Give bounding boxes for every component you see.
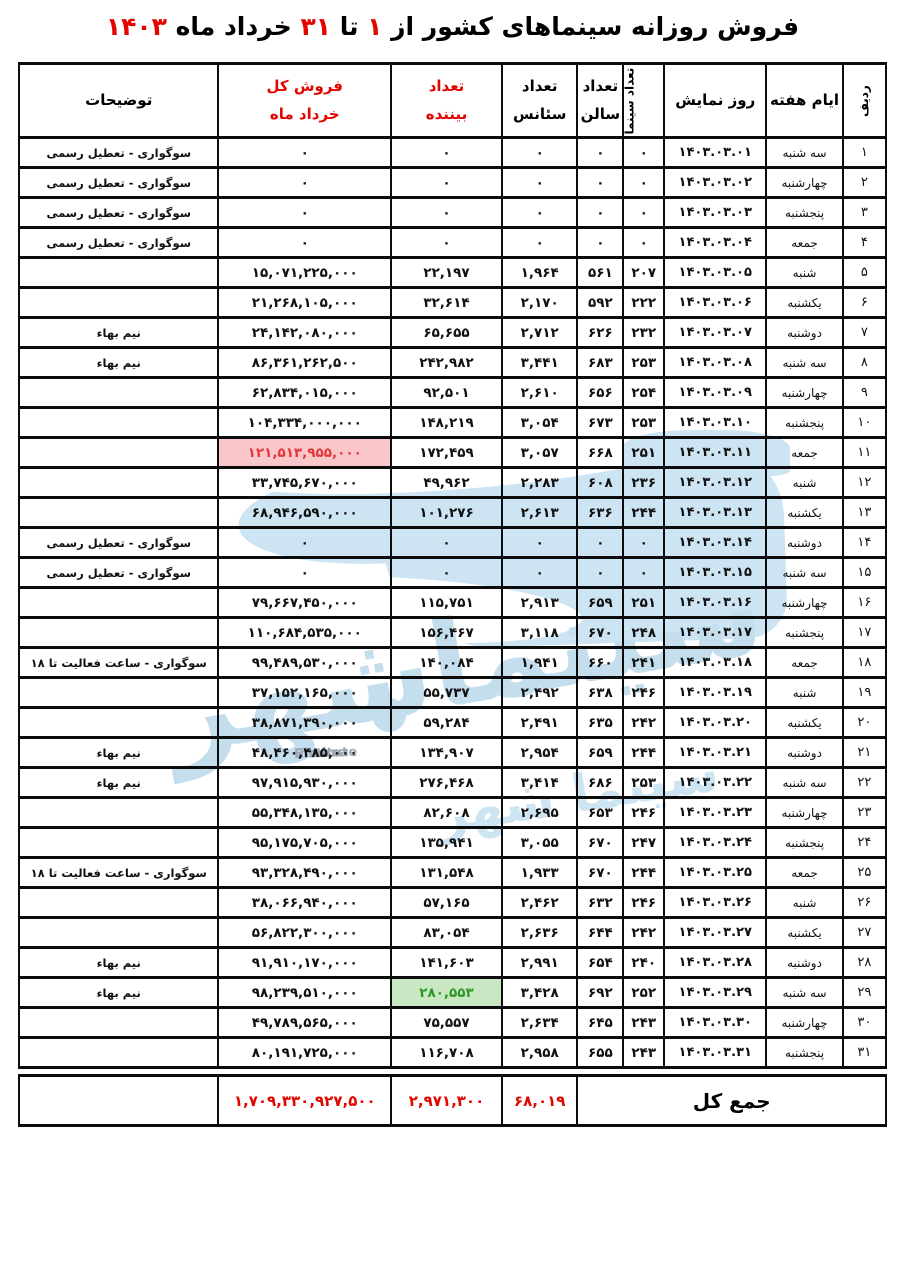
- cell-total-sales: ۴۹,۷۸۹,۵۶۵,۰۰۰: [218, 1008, 391, 1038]
- cell-cinema-count: ۲۳۲: [623, 318, 664, 348]
- cell-show-date: ۱۴۰۳.۰۳.۰۲: [664, 168, 766, 198]
- cell-row-number: ۲۵: [843, 858, 886, 888]
- cell-hall-count: ۶۴۴: [577, 918, 623, 948]
- table-row: ۱۴دوشنبه۱۴۰۳.۰۳.۱۴۰۰۰۰۰سوگواری - تعطیل ر…: [19, 528, 886, 558]
- cell-row-number: ۱۶: [843, 588, 886, 618]
- cell-viewer-count: ۲۲,۱۹۷: [391, 258, 502, 288]
- cell-notes: [19, 288, 218, 318]
- cell-session-count: ۰: [502, 138, 577, 168]
- cell-viewer-count: ۱۷۲,۴۵۹: [391, 438, 502, 468]
- cell-session-count: ۱,۹۳۳: [502, 858, 577, 888]
- table-row: ۳۰چهارشنبه۱۴۰۳.۰۳.۳۰۲۴۳۶۴۵۲,۶۳۴۷۵,۵۵۷۴۹,…: [19, 1008, 886, 1038]
- cell-notes: نیم بهاء: [19, 318, 218, 348]
- table-row: ۹چهارشنبه۱۴۰۳.۰۳.۰۹۲۵۴۶۵۶۲,۶۱۰۹۲,۵۰۱۶۲,۸…: [19, 378, 886, 408]
- cell-viewer-count: ۶۵,۶۵۵: [391, 318, 502, 348]
- table-row: ۲۳چهارشنبه۱۴۰۳.۰۳.۲۳۲۴۶۶۵۳۲,۶۹۵۸۲,۶۰۸۵۵,…: [19, 798, 886, 828]
- cell-row-number: ۱۴: [843, 528, 886, 558]
- cell-row-number: ۱: [843, 138, 886, 168]
- cell-show-date: ۱۴۰۳.۰۳.۲۴: [664, 828, 766, 858]
- cell-total-sales: ۰: [218, 528, 391, 558]
- cell-viewer-count: ۰: [391, 558, 502, 588]
- cell-notes: نیم بهاء: [19, 348, 218, 378]
- col-header-total-sales: فروش کل خرداد ماه: [218, 64, 391, 138]
- col-header-weekday: ایام هفته: [766, 64, 842, 138]
- cell-show-date: ۱۴۰۳.۰۳.۰۸: [664, 348, 766, 378]
- cell-weekday: جمعه: [766, 228, 842, 258]
- cell-viewer-count: ۱۴۸,۲۱۹: [391, 408, 502, 438]
- cell-weekday: شنبه: [766, 468, 842, 498]
- cell-notes: سوگواری - تعطیل رسمی: [19, 168, 218, 198]
- cell-notes: [19, 828, 218, 858]
- cell-row-number: ۲۷: [843, 918, 886, 948]
- title-text: خرداد ماه: [167, 12, 301, 41]
- cell-show-date: ۱۴۰۳.۰۳.۱۶: [664, 588, 766, 618]
- cell-row-number: ۲۱: [843, 738, 886, 768]
- grand-total-label: جمع کل: [577, 1076, 886, 1126]
- cell-session-count: ۰: [502, 528, 577, 558]
- cell-row-number: ۱۵: [843, 558, 886, 588]
- cell-session-count: ۲,۷۱۲: [502, 318, 577, 348]
- cell-weekday: چهارشنبه: [766, 1008, 842, 1038]
- cell-notes: [19, 438, 218, 468]
- cell-hall-count: ۶۴۵: [577, 1008, 623, 1038]
- cell-weekday: یکشنبه: [766, 708, 842, 738]
- cell-show-date: ۱۴۰۳.۰۳.۲۵: [664, 858, 766, 888]
- cell-total-sales: ۶۸,۹۴۶,۵۹۰,۰۰۰: [218, 498, 391, 528]
- cell-show-date: ۱۴۰۳.۰۳.۲۸: [664, 948, 766, 978]
- cell-session-count: ۰: [502, 228, 577, 258]
- cell-total-sales: ۱۵,۰۷۱,۲۲۵,۰۰۰: [218, 258, 391, 288]
- sales-table: ردیف ایام هفته روز نمایش تعداد سینما تعد…: [18, 62, 887, 1069]
- cell-weekday: چهارشنبه: [766, 168, 842, 198]
- cell-hall-count: ۵۹۲: [577, 288, 623, 318]
- cell-session-count: ۲,۹۵۴: [502, 738, 577, 768]
- cell-hall-count: ۶۶۰: [577, 648, 623, 678]
- cell-session-count: ۲,۶۳۶: [502, 918, 577, 948]
- cell-notes: [19, 588, 218, 618]
- table-row: ۲۸دوشنبه۱۴۰۳.۰۳.۲۸۲۴۰۶۵۴۲,۹۹۱۱۴۱,۶۰۳۹۱,۹…: [19, 948, 886, 978]
- table-row: ۱۹شنبه۱۴۰۳.۰۳.۱۹۲۴۶۶۳۸۲,۴۹۲۵۵,۷۳۷۳۷,۱۵۲,…: [19, 678, 886, 708]
- cell-notes: [19, 378, 218, 408]
- totals-row: جمع کل ۶۸,۰۱۹ ۲,۹۷۱,۳۰۰ ۱,۷۰۹,۳۳۰,۹۲۷,۵۰…: [19, 1076, 886, 1126]
- cell-hall-count: ۶۶۸: [577, 438, 623, 468]
- cell-session-count: ۱,۹۴۱: [502, 648, 577, 678]
- cell-session-count: ۲,۶۳۴: [502, 1008, 577, 1038]
- cell-show-date: ۱۴۰۳.۰۳.۲۹: [664, 978, 766, 1008]
- cell-weekday: پنجشنبه: [766, 1038, 842, 1068]
- cell-notes: نیم بهاء: [19, 978, 218, 1008]
- cell-cinema-count: ۰: [623, 558, 664, 588]
- cell-show-date: ۱۴۰۳.۰۳.۰۳: [664, 198, 766, 228]
- cell-viewer-count: ۲۴۲,۹۸۲: [391, 348, 502, 378]
- cell-notes: نیم بهاء: [19, 948, 218, 978]
- cell-session-count: ۲,۱۷۰: [502, 288, 577, 318]
- cell-cinema-count: ۲۴۸: [623, 618, 664, 648]
- table-row: ۶یکشنبه۱۴۰۳.۰۳.۰۶۲۲۲۵۹۲۲,۱۷۰۳۲,۶۱۴۲۱,۲۶۸…: [19, 288, 886, 318]
- cell-hall-count: ۰: [577, 198, 623, 228]
- cell-session-count: ۲,۲۸۳: [502, 468, 577, 498]
- cell-session-count: ۳,۱۱۸: [502, 618, 577, 648]
- cell-total-sales: ۴۸,۴۶۰,۴۸۵,۰۰۰: [218, 738, 391, 768]
- cell-weekday: چهارشنبه: [766, 798, 842, 828]
- cell-hall-count: ۵۶۱: [577, 258, 623, 288]
- cell-viewer-count: ۱۳۵,۹۴۱: [391, 828, 502, 858]
- cell-weekday: سه شنبه: [766, 978, 842, 1008]
- cell-viewer-count: ۴۹,۹۶۲: [391, 468, 502, 498]
- cell-show-date: ۱۴۰۳.۰۳.۰۱: [664, 138, 766, 168]
- table-row: ۲۹سه شنبه۱۴۰۳.۰۳.۲۹۲۵۲۶۹۲۳,۴۲۸۲۸۰,۵۵۳۹۸,…: [19, 978, 886, 1008]
- cell-weekday: جمعه: [766, 438, 842, 468]
- title-number: ۳۱: [300, 12, 331, 41]
- cell-hall-count: ۶۵۴: [577, 948, 623, 978]
- header-row: ردیف ایام هفته روز نمایش تعداد سینما تعد…: [19, 64, 886, 138]
- cell-total-sales: ۸۶,۳۶۱,۲۶۲,۵۰۰: [218, 348, 391, 378]
- cell-viewer-count: ۰: [391, 138, 502, 168]
- cell-viewer-count: ۰: [391, 228, 502, 258]
- cell-total-sales: ۰: [218, 168, 391, 198]
- cell-session-count: ۳,۴۲۸: [502, 978, 577, 1008]
- col-header-viewer-count: تعداد بیننده: [391, 64, 502, 138]
- table-row: ۵شنبه۱۴۰۳.۰۳.۰۵۲۰۷۵۶۱۱,۹۶۴۲۲,۱۹۷۱۵,۰۷۱,۲…: [19, 258, 886, 288]
- col-header-cinema-count: تعداد سینما: [623, 64, 664, 138]
- cell-row-number: ۶: [843, 288, 886, 318]
- cell-total-sales: ۹۱,۹۱۰,۱۷۰,۰۰۰: [218, 948, 391, 978]
- cell-show-date: ۱۴۰۳.۰۳.۲۱: [664, 738, 766, 768]
- col-header-notes: توضیحات: [19, 64, 218, 138]
- cell-show-date: ۱۴۰۳.۰۳.۰۹: [664, 378, 766, 408]
- cell-weekday: سه شنبه: [766, 768, 842, 798]
- cell-session-count: ۳,۰۵۷: [502, 438, 577, 468]
- cell-cinema-count: ۲۴۶: [623, 888, 664, 918]
- cell-row-number: ۱۰: [843, 408, 886, 438]
- cell-session-count: ۲,۶۱۳: [502, 498, 577, 528]
- table-row: ۲۲سه شنبه۱۴۰۳.۰۳.۲۲۲۵۳۶۸۶۳,۴۱۴۲۷۶,۴۶۸۹۷,…: [19, 768, 886, 798]
- cell-row-number: ۸: [843, 348, 886, 378]
- cell-session-count: ۲,۹۵۸: [502, 1038, 577, 1068]
- table-row: ۱۱جمعه۱۴۰۳.۰۳.۱۱۲۵۱۶۶۸۳,۰۵۷۱۷۲,۴۵۹۱۲۱,۵۱…: [19, 438, 886, 468]
- cell-total-sales: ۰: [218, 138, 391, 168]
- cell-notes: نیم بهاء: [19, 768, 218, 798]
- table-row: ۲۰یکشنبه۱۴۰۳.۰۳.۲۰۲۴۲۶۳۵۲,۴۹۱۵۹,۲۸۴۳۸,۸۷…: [19, 708, 886, 738]
- cell-row-number: ۱۱: [843, 438, 886, 468]
- cell-total-sales: ۵۶,۸۲۲,۳۰۰,۰۰۰: [218, 918, 391, 948]
- cell-show-date: ۱۴۰۳.۰۳.۱۲: [664, 468, 766, 498]
- cell-show-date: ۱۴۰۳.۰۳.۱۴: [664, 528, 766, 558]
- cell-viewer-count: ۱۴۰,۰۸۴: [391, 648, 502, 678]
- cell-hall-count: ۰: [577, 528, 623, 558]
- table-row: ۱۵سه شنبه۱۴۰۳.۰۳.۱۵۰۰۰۰۰سوگواری - تعطیل …: [19, 558, 886, 588]
- title-text: فروش روزانه سینماهای کشور از: [382, 12, 799, 41]
- cell-hall-count: ۶۳۶: [577, 498, 623, 528]
- cell-viewer-count: ۵۷,۱۶۵: [391, 888, 502, 918]
- table-header: ردیف ایام هفته روز نمایش تعداد سینما تعد…: [19, 64, 886, 138]
- cell-hall-count: ۰: [577, 168, 623, 198]
- cell-notes: [19, 618, 218, 648]
- table-row: ۱۳یکشنبه۱۴۰۳.۰۳.۱۳۲۴۴۶۳۶۲,۶۱۳۱۰۱,۲۷۶۶۸,۹…: [19, 498, 886, 528]
- cell-notes: [19, 1008, 218, 1038]
- cell-weekday: پنجشنبه: [766, 828, 842, 858]
- cell-viewer-count: ۱۱۶,۷۰۸: [391, 1038, 502, 1068]
- cell-cinema-count: ۰: [623, 528, 664, 558]
- cell-notes: [19, 708, 218, 738]
- cell-row-number: ۲۴: [843, 828, 886, 858]
- cell-notes: سوگواری - تعطیل رسمی: [19, 138, 218, 168]
- col-header-hall-count: تعداد سالن: [577, 64, 623, 138]
- cell-row-number: ۱۲: [843, 468, 886, 498]
- cell-weekday: سه شنبه: [766, 558, 842, 588]
- cell-hall-count: ۶۸۶: [577, 768, 623, 798]
- cell-total-sales: ۰: [218, 228, 391, 258]
- cell-total-sales: ۹۷,۹۱۵,۹۳۰,۰۰۰: [218, 768, 391, 798]
- cell-cinema-count: ۲۵۳: [623, 348, 664, 378]
- cell-weekday: دوشنبه: [766, 738, 842, 768]
- cell-total-sales: ۳۳,۷۴۵,۶۷۰,۰۰۰: [218, 468, 391, 498]
- cell-hall-count: ۶۲۶: [577, 318, 623, 348]
- cell-weekday: جمعه: [766, 858, 842, 888]
- cell-cinema-count: ۲۴۲: [623, 708, 664, 738]
- cell-weekday: دوشنبه: [766, 528, 842, 558]
- total-sales: ۱,۷۰۹,۳۳۰,۹۲۷,۵۰۰: [218, 1076, 391, 1126]
- cell-cinema-count: ۲۲۲: [623, 288, 664, 318]
- table-row: ۳پنجشنبه۱۴۰۳.۰۳.۰۳۰۰۰۰۰سوگواری - تعطیل ر…: [19, 198, 886, 228]
- cell-viewer-count: ۰: [391, 198, 502, 228]
- sales-table-wrap: ردیف ایام هفته روز نمایش تعداد سینما تعد…: [18, 62, 887, 1127]
- cell-session-count: ۲,۹۹۱: [502, 948, 577, 978]
- cell-viewer-count: ۱۳۴,۹۰۷: [391, 738, 502, 768]
- cell-total-sales: ۸۰,۱۹۱,۷۲۵,۰۰۰: [218, 1038, 391, 1068]
- cell-total-sales: ۹۹,۴۸۹,۵۳۰,۰۰۰: [218, 648, 391, 678]
- cell-weekday: پنجشنبه: [766, 618, 842, 648]
- table-row: ۲۶شنبه۱۴۰۳.۰۳.۲۶۲۴۶۶۳۲۲,۴۶۲۵۷,۱۶۵۳۸,۰۶۶,…: [19, 888, 886, 918]
- cell-cinema-count: ۲۴۴: [623, 858, 664, 888]
- cell-show-date: ۱۴۰۳.۰۳.۲۷: [664, 918, 766, 948]
- cell-total-sales: ۹۵,۱۷۵,۷۰۵,۰۰۰: [218, 828, 391, 858]
- cell-notes: سوگواری - تعطیل رسمی: [19, 528, 218, 558]
- cell-weekday: چهارشنبه: [766, 588, 842, 618]
- cell-notes: [19, 888, 218, 918]
- title-number: ۱: [367, 12, 382, 41]
- cell-hall-count: ۶۳۲: [577, 888, 623, 918]
- cell-total-sales: ۶۲,۸۳۴,۰۱۵,۰۰۰: [218, 378, 391, 408]
- cell-total-sales: ۹۳,۳۲۸,۴۹۰,۰۰۰: [218, 858, 391, 888]
- cell-total-sales: ۱۱۰,۶۸۴,۵۳۵,۰۰۰: [218, 618, 391, 648]
- cell-hall-count: ۶۷۰: [577, 858, 623, 888]
- cell-total-sales: ۰: [218, 558, 391, 588]
- cell-viewer-count: ۰: [391, 528, 502, 558]
- cell-cinema-count: ۲۴۰: [623, 948, 664, 978]
- cell-show-date: ۱۴۰۳.۰۳.۳۰: [664, 1008, 766, 1038]
- cell-cinema-count: ۲۴۱: [623, 648, 664, 678]
- cell-session-count: ۲,۶۹۵: [502, 798, 577, 828]
- page-title: فروش روزانه سینماهای کشور از ۱ تا ۳۱ خرد…: [0, 12, 905, 41]
- cell-show-date: ۱۴۰۳.۰۳.۱۹: [664, 678, 766, 708]
- cell-total-sales: ۹۸,۲۳۹,۵۱۰,۰۰۰: [218, 978, 391, 1008]
- cell-total-sales: ۷۹,۶۶۷,۴۵۰,۰۰۰: [218, 588, 391, 618]
- cell-cinema-count: ۲۴۶: [623, 798, 664, 828]
- cell-cinema-count: ۲۵۲: [623, 978, 664, 1008]
- cell-hall-count: ۰: [577, 138, 623, 168]
- cell-hall-count: ۶۳۸: [577, 678, 623, 708]
- cell-viewer-count: ۲۷۶,۴۶۸: [391, 768, 502, 798]
- cell-notes: [19, 468, 218, 498]
- cell-viewer-count: ۸۲,۶۰۸: [391, 798, 502, 828]
- cell-cinema-count: ۲۵۳: [623, 408, 664, 438]
- cell-show-date: ۱۴۰۳.۰۳.۱۰: [664, 408, 766, 438]
- cell-viewer-count: ۱۰۱,۲۷۶: [391, 498, 502, 528]
- cell-cinema-count: ۲۴۶: [623, 678, 664, 708]
- cell-hall-count: ۶۵۹: [577, 588, 623, 618]
- cell-weekday: سه شنبه: [766, 138, 842, 168]
- cell-weekday: یکشنبه: [766, 498, 842, 528]
- cell-notes: [19, 1038, 218, 1068]
- cell-cinema-count: ۲۵۴: [623, 378, 664, 408]
- cell-total-sales: ۱۰۴,۳۳۴,۰۰۰,۰۰۰: [218, 408, 391, 438]
- cell-cinema-count: ۲۴۲: [623, 918, 664, 948]
- cell-row-number: ۱۸: [843, 648, 886, 678]
- cell-show-date: ۱۴۰۳.۰۳.۱۱: [664, 438, 766, 468]
- table-row: ۲۱دوشنبه۱۴۰۳.۰۳.۲۱۲۴۴۶۵۹۲,۹۵۴۱۳۴,۹۰۷۴۸,۴…: [19, 738, 886, 768]
- cell-hall-count: ۶۷۳: [577, 408, 623, 438]
- cell-total-sales: ۳۸,۸۷۱,۳۹۰,۰۰۰: [218, 708, 391, 738]
- cell-hall-count: ۶۸۳: [577, 348, 623, 378]
- cell-weekday: یکشنبه: [766, 918, 842, 948]
- cell-session-count: ۲,۴۹۱: [502, 708, 577, 738]
- cell-row-number: ۴: [843, 228, 886, 258]
- cell-notes: [19, 408, 218, 438]
- table-row: ۳۱پنجشنبه۱۴۰۳.۰۳.۳۱۲۴۳۶۵۵۲,۹۵۸۱۱۶,۷۰۸۸۰,…: [19, 1038, 886, 1068]
- cell-viewer-count: ۱۳۱,۵۴۸: [391, 858, 502, 888]
- cell-cinema-count: ۲۴۷: [623, 828, 664, 858]
- table-row: ۱۶چهارشنبه۱۴۰۳.۰۳.۱۶۲۵۱۶۵۹۲,۹۱۳۱۱۵,۷۵۱۷۹…: [19, 588, 886, 618]
- cell-weekday: دوشنبه: [766, 948, 842, 978]
- cell-row-number: ۵: [843, 258, 886, 288]
- cell-show-date: ۱۴۰۳.۰۳.۱۳: [664, 498, 766, 528]
- table-row: ۷دوشنبه۱۴۰۳.۰۳.۰۷۲۳۲۶۲۶۲,۷۱۲۶۵,۶۵۵۲۴,۱۴۲…: [19, 318, 886, 348]
- table-row: ۸سه شنبه۱۴۰۳.۰۳.۰۸۲۵۳۶۸۳۳,۴۴۱۲۴۲,۹۸۲۸۶,۳…: [19, 348, 886, 378]
- cell-notes: سوگواری - تعطیل رسمی: [19, 228, 218, 258]
- cell-viewer-count: ۱۴۱,۶۰۳: [391, 948, 502, 978]
- report-sheet: سینماشهر سینما شهر Shahr Cinema Institut…: [0, 0, 905, 1280]
- cell-weekday: پنجشنبه: [766, 198, 842, 228]
- cell-viewer-count: ۱۱۵,۷۵۱: [391, 588, 502, 618]
- cell-hall-count: ۶۳۵: [577, 708, 623, 738]
- cell-viewer-count: ۵۵,۷۳۷: [391, 678, 502, 708]
- cell-viewer-count: ۳۲,۶۱۴: [391, 288, 502, 318]
- cell-hall-count: ۶۵۶: [577, 378, 623, 408]
- cell-session-count: ۳,۴۱۴: [502, 768, 577, 798]
- cell-cinema-count: ۲۵۱: [623, 588, 664, 618]
- table-row: ۱۸جمعه۱۴۰۳.۰۳.۱۸۲۴۱۶۶۰۱,۹۴۱۱۴۰,۰۸۴۹۹,۴۸۹…: [19, 648, 886, 678]
- cell-notes: سوگواری - تعطیل رسمی: [19, 558, 218, 588]
- cell-show-date: ۱۴۰۳.۰۳.۲۶: [664, 888, 766, 918]
- cell-weekday: پنجشنبه: [766, 408, 842, 438]
- cell-weekday: شنبه: [766, 888, 842, 918]
- cell-show-date: ۱۴۰۳.۰۳.۲۲: [664, 768, 766, 798]
- cell-show-date: ۱۴۰۳.۰۳.۰۶: [664, 288, 766, 318]
- cell-total-sales: ۰: [218, 198, 391, 228]
- cell-hall-count: ۶۰۸: [577, 468, 623, 498]
- cell-cinema-count: ۲۳۶: [623, 468, 664, 498]
- cell-weekday: جمعه: [766, 648, 842, 678]
- table-row: ۱۷پنجشنبه۱۴۰۳.۰۳.۱۷۲۴۸۶۷۰۳,۱۱۸۱۵۶,۴۶۷۱۱۰…: [19, 618, 886, 648]
- cell-show-date: ۱۴۰۳.۰۳.۰۷: [664, 318, 766, 348]
- cell-notes: نیم بهاء: [19, 738, 218, 768]
- cell-hall-count: ۶۵۳: [577, 798, 623, 828]
- cell-show-date: ۱۴۰۳.۰۳.۲۰: [664, 708, 766, 738]
- cell-weekday: شنبه: [766, 678, 842, 708]
- cell-cinema-count: ۰: [623, 138, 664, 168]
- cell-notes: [19, 798, 218, 828]
- table-row: ۲۴پنجشنبه۱۴۰۳.۰۳.۲۴۲۴۷۶۷۰۳,۰۵۵۱۳۵,۹۴۱۹۵,…: [19, 828, 886, 858]
- cell-show-date: ۱۴۰۳.۰۳.۳۱: [664, 1038, 766, 1068]
- table-row: ۴جمعه۱۴۰۳.۰۳.۰۴۰۰۰۰۰سوگواری - تعطیل رسمی: [19, 228, 886, 258]
- cell-notes: [19, 678, 218, 708]
- cell-row-number: ۲۲: [843, 768, 886, 798]
- cell-session-count: ۲,۶۱۰: [502, 378, 577, 408]
- cell-hall-count: ۰: [577, 558, 623, 588]
- cell-cinema-count: ۰: [623, 198, 664, 228]
- total-viewers: ۲,۹۷۱,۳۰۰: [391, 1076, 502, 1126]
- cell-cinema-count: ۲۴۴: [623, 498, 664, 528]
- cell-session-count: ۰: [502, 558, 577, 588]
- cell-notes: [19, 258, 218, 288]
- cell-row-number: ۳۱: [843, 1038, 886, 1068]
- cell-row-number: ۲۹: [843, 978, 886, 1008]
- cell-total-sales: ۳۸,۰۶۶,۹۴۰,۰۰۰: [218, 888, 391, 918]
- total-sessions: ۶۸,۰۱۹: [502, 1076, 577, 1126]
- table-row: ۲۵جمعه۱۴۰۳.۰۳.۲۵۲۴۴۶۷۰۱,۹۳۳۱۳۱,۵۴۸۹۳,۳۲۸…: [19, 858, 886, 888]
- cell-session-count: ۲,۹۱۳: [502, 588, 577, 618]
- cell-row-number: ۲۳: [843, 798, 886, 828]
- title-text: تا: [331, 12, 367, 41]
- cell-weekday: سه شنبه: [766, 348, 842, 378]
- table-row: ۱۲شنبه۱۴۰۳.۰۳.۱۲۲۳۶۶۰۸۲,۲۸۳۴۹,۹۶۲۳۳,۷۴۵,…: [19, 468, 886, 498]
- col-header-row-number: ردیف: [843, 64, 886, 138]
- cell-cinema-count: ۲۵۳: [623, 768, 664, 798]
- cell-session-count: ۳,۰۵۵: [502, 828, 577, 858]
- cell-weekday: یکشنبه: [766, 288, 842, 318]
- cell-session-count: ۲,۴۹۲: [502, 678, 577, 708]
- cell-cinema-count: ۰: [623, 168, 664, 198]
- table-row: ۱سه شنبه۱۴۰۳.۰۳.۰۱۰۰۰۰۰سوگواری - تعطیل ر…: [19, 138, 886, 168]
- cell-row-number: ۲۰: [843, 708, 886, 738]
- cell-session-count: ۳,۴۴۱: [502, 348, 577, 378]
- cell-cinema-count: ۰: [623, 228, 664, 258]
- total-notes: [19, 1076, 218, 1126]
- cell-viewer-count: ۲۸۰,۵۵۳: [391, 978, 502, 1008]
- cell-session-count: ۲,۴۶۲: [502, 888, 577, 918]
- cell-hall-count: ۶۹۲: [577, 978, 623, 1008]
- cell-total-sales: ۵۵,۳۴۸,۱۳۵,۰۰۰: [218, 798, 391, 828]
- table-row: ۲چهارشنبه۱۴۰۳.۰۳.۰۲۰۰۰۰۰سوگواری - تعطیل …: [19, 168, 886, 198]
- cell-row-number: ۲۸: [843, 948, 886, 978]
- col-header-show-date: روز نمایش: [664, 64, 766, 138]
- cell-show-date: ۱۴۰۳.۰۳.۱۵: [664, 558, 766, 588]
- cell-cinema-count: ۲۴۳: [623, 1038, 664, 1068]
- cell-notes: سوگواری - ساعت فعالیت تا ۱۸: [19, 858, 218, 888]
- cell-total-sales: ۲۴,۱۴۲,۰۸۰,۰۰۰: [218, 318, 391, 348]
- cell-total-sales: ۲۱,۲۶۸,۱۰۵,۰۰۰: [218, 288, 391, 318]
- cell-notes: [19, 918, 218, 948]
- title-number: ۱۴۰۳: [106, 12, 167, 41]
- cell-weekday: چهارشنبه: [766, 378, 842, 408]
- cell-hall-count: ۶۵۵: [577, 1038, 623, 1068]
- cell-row-number: ۲۶: [843, 888, 886, 918]
- cell-hall-count: ۰: [577, 228, 623, 258]
- cell-row-number: ۳۰: [843, 1008, 886, 1038]
- cell-session-count: ۳,۰۵۴: [502, 408, 577, 438]
- cell-viewer-count: ۰: [391, 168, 502, 198]
